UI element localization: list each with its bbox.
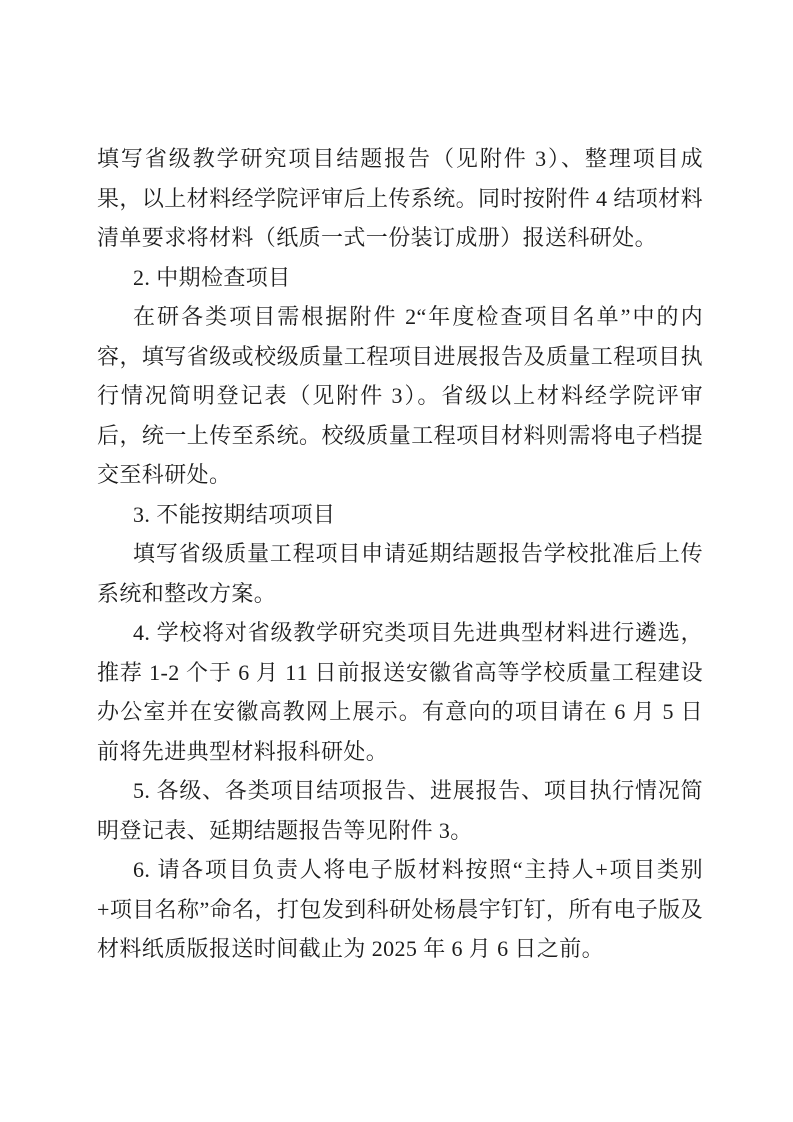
- paragraph-item-6: 6. 请各项目负责人将电子版材料按照“主持人+项目类别+项目名称”命名，打包发到…: [97, 850, 703, 969]
- paragraph-continuation: 填写省级教学研究项目结题报告（见附件 3）、整理项目成果，以上材料经学院评审后上…: [97, 139, 703, 258]
- paragraph-item-3-heading: 3. 不能按期结项项目: [97, 495, 703, 535]
- paragraph-item-2-body: 在研各类项目需根据附件 2“年度检查项目名单”中的内容，填写省级或校级质量工程项…: [97, 297, 703, 495]
- paragraph-item-2-heading: 2. 中期检查项目: [97, 258, 703, 298]
- paragraph-item-3-body: 填写省级质量工程项目申请延期结题报告学校批准后上传系统和整改方案。: [97, 534, 703, 613]
- document-page: 填写省级教学研究项目结题报告（见附件 3）、整理项目成果，以上材料经学院评审后上…: [0, 0, 793, 1122]
- paragraph-item-5: 5. 各级、各类项目结项报告、进展报告、项目执行情况简明登记表、延期结题报告等见…: [97, 771, 703, 850]
- document-body: 填写省级教学研究项目结题报告（见附件 3）、整理项目成果，以上材料经学院评审后上…: [97, 139, 703, 969]
- paragraph-item-4: 4. 学校将对省级教学研究类项目先进典型材料进行遴选，推荐 1-2 个于 6 月…: [97, 613, 703, 771]
